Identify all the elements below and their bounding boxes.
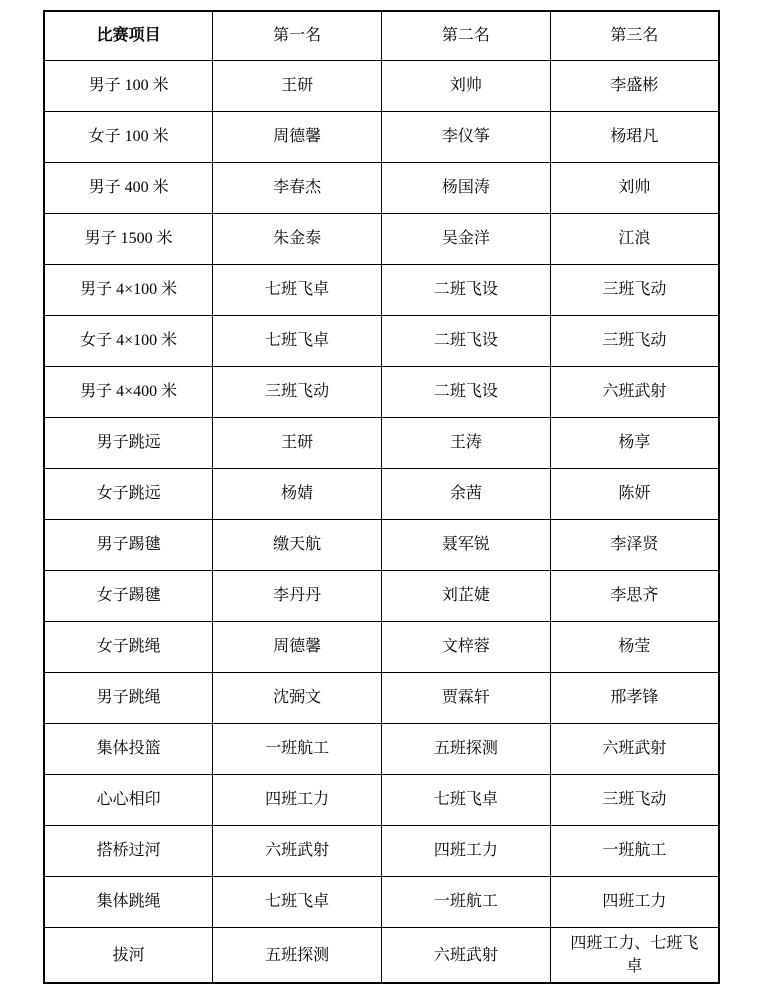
table-row: 女子 4×100 米七班飞卓二班飞设三班飞动 xyxy=(44,316,719,367)
cell-event: 男子 100 米 xyxy=(44,61,213,112)
table-row: 男子踢毽缴天航聂军锐李泽贤 xyxy=(44,520,719,571)
table-row: 集体跳绳七班飞卓一班航工四班工力 xyxy=(44,877,719,928)
table-row: 女子踢毽李丹丹刘芷婕李思齐 xyxy=(44,571,719,622)
cell-third-place: 杨珺凡 xyxy=(550,112,719,163)
cell-first-place: 王研 xyxy=(213,418,382,469)
cell-second-place: 刘芷婕 xyxy=(382,571,551,622)
table-row: 女子跳远杨婧余茜陈妍 xyxy=(44,469,719,520)
cell-event: 男子 400 米 xyxy=(44,163,213,214)
table-row: 男子 4×100 米七班飞卓二班飞设三班飞动 xyxy=(44,265,719,316)
cell-third-place: 六班武射 xyxy=(550,367,719,418)
cell-first-place: 三班飞动 xyxy=(213,367,382,418)
cell-second-place: 聂军锐 xyxy=(382,520,551,571)
cell-third-place: 江浪 xyxy=(550,214,719,265)
results-table: 比赛项目 第一名 第二名 第三名 男子 100 米王研刘帅李盛彬女子 100 米… xyxy=(43,10,720,984)
cell-second-place: 文梓蓉 xyxy=(382,622,551,673)
cell-first-place: 周德馨 xyxy=(213,112,382,163)
cell-second-place: 余茜 xyxy=(382,469,551,520)
cell-event: 男子 1500 米 xyxy=(44,214,213,265)
cell-event: 搭桥过河 xyxy=(44,826,213,877)
cell-third-place: 杨享 xyxy=(550,418,719,469)
cell-third-place: 邢孝锋 xyxy=(550,673,719,724)
cell-third-place: 杨莹 xyxy=(550,622,719,673)
cell-second-place: 二班飞设 xyxy=(382,316,551,367)
cell-third-place: 四班工力 xyxy=(550,877,719,928)
cell-first-place: 七班飞卓 xyxy=(213,316,382,367)
cell-event: 心心相印 xyxy=(44,775,213,826)
cell-second-place: 李仪筝 xyxy=(382,112,551,163)
cell-third-place: 李盛彬 xyxy=(550,61,719,112)
table-row: 心心相印四班工力七班飞卓三班飞动 xyxy=(44,775,719,826)
cell-event: 女子 4×100 米 xyxy=(44,316,213,367)
cell-first-place: 七班飞卓 xyxy=(213,877,382,928)
table-row: 男子跳绳沈弼文贾霖轩邢孝锋 xyxy=(44,673,719,724)
cell-second-place: 王涛 xyxy=(382,418,551,469)
cell-first-place: 缴天航 xyxy=(213,520,382,571)
cell-second-place: 二班飞设 xyxy=(382,265,551,316)
table-row: 男子跳远王研王涛杨享 xyxy=(44,418,719,469)
cell-first-place: 李丹丹 xyxy=(213,571,382,622)
cell-event: 女子跳绳 xyxy=(44,622,213,673)
header-row: 比赛项目 第一名 第二名 第三名 xyxy=(44,11,719,61)
cell-third-place: 三班飞动 xyxy=(550,265,719,316)
cell-second-place: 七班飞卓 xyxy=(382,775,551,826)
cell-first-place: 杨婧 xyxy=(213,469,382,520)
cell-first-place: 朱金泰 xyxy=(213,214,382,265)
cell-event: 拔河 xyxy=(44,928,213,984)
header-cell-event: 比赛项目 xyxy=(44,11,213,61)
cell-second-place: 吴金洋 xyxy=(382,214,551,265)
cell-third-place: 三班飞动 xyxy=(550,316,719,367)
cell-third-place: 刘帅 xyxy=(550,163,719,214)
cell-event: 男子跳绳 xyxy=(44,673,213,724)
table-row: 男子 4×400 米三班飞动二班飞设六班武射 xyxy=(44,367,719,418)
cell-second-place: 贾霖轩 xyxy=(382,673,551,724)
table-row: 拔河五班探测六班武射四班工力、七班飞卓 xyxy=(44,928,719,984)
cell-first-place: 四班工力 xyxy=(213,775,382,826)
cell-second-place: 刘帅 xyxy=(382,61,551,112)
cell-third-place: 陈妍 xyxy=(550,469,719,520)
table-row: 男子 100 米王研刘帅李盛彬 xyxy=(44,61,719,112)
cell-first-place: 沈弼文 xyxy=(213,673,382,724)
cell-second-place: 五班探测 xyxy=(382,724,551,775)
table-row: 男子 400 米李春杰杨国涛刘帅 xyxy=(44,163,719,214)
cell-second-place: 六班武射 xyxy=(382,928,551,984)
cell-event: 男子踢毽 xyxy=(44,520,213,571)
table-row: 搭桥过河六班武射四班工力一班航工 xyxy=(44,826,719,877)
cell-event: 集体跳绳 xyxy=(44,877,213,928)
table-row: 女子跳绳周德馨文梓蓉杨莹 xyxy=(44,622,719,673)
table-row: 女子 100 米周德馨李仪筝杨珺凡 xyxy=(44,112,719,163)
table-row: 集体投篮一班航工五班探测六班武射 xyxy=(44,724,719,775)
cell-first-place: 六班武射 xyxy=(213,826,382,877)
table-body: 男子 100 米王研刘帅李盛彬女子 100 米周德馨李仪筝杨珺凡男子 400 米… xyxy=(44,61,719,984)
cell-first-place: 周德馨 xyxy=(213,622,382,673)
cell-third-place: 六班武射 xyxy=(550,724,719,775)
cell-first-place: 李春杰 xyxy=(213,163,382,214)
cell-second-place: 四班工力 xyxy=(382,826,551,877)
cell-event: 女子 100 米 xyxy=(44,112,213,163)
cell-third-place: 李思齐 xyxy=(550,571,719,622)
header-cell-second-place: 第二名 xyxy=(382,11,551,61)
header-cell-first-place: 第一名 xyxy=(213,11,382,61)
cell-third-place: 李泽贤 xyxy=(550,520,719,571)
cell-third-place: 三班飞动 xyxy=(550,775,719,826)
cell-event: 男子 4×100 米 xyxy=(44,265,213,316)
cell-event: 集体投篮 xyxy=(44,724,213,775)
cell-event: 女子跳远 xyxy=(44,469,213,520)
cell-second-place: 杨国涛 xyxy=(382,163,551,214)
cell-first-place: 王研 xyxy=(213,61,382,112)
document-page: 比赛项目 第一名 第二名 第三名 男子 100 米王研刘帅李盛彬女子 100 米… xyxy=(0,0,760,981)
header-cell-third-place: 第三名 xyxy=(550,11,719,61)
table-row: 男子 1500 米朱金泰吴金洋江浪 xyxy=(44,214,719,265)
cell-event: 男子跳远 xyxy=(44,418,213,469)
cell-third-place: 一班航工 xyxy=(550,826,719,877)
cell-event: 女子踢毽 xyxy=(44,571,213,622)
cell-first-place: 七班飞卓 xyxy=(213,265,382,316)
cell-first-place: 五班探测 xyxy=(213,928,382,984)
cell-first-place: 一班航工 xyxy=(213,724,382,775)
cell-second-place: 一班航工 xyxy=(382,877,551,928)
cell-event: 男子 4×400 米 xyxy=(44,367,213,418)
cell-second-place: 二班飞设 xyxy=(382,367,551,418)
cell-third-place: 四班工力、七班飞卓 xyxy=(550,928,719,984)
